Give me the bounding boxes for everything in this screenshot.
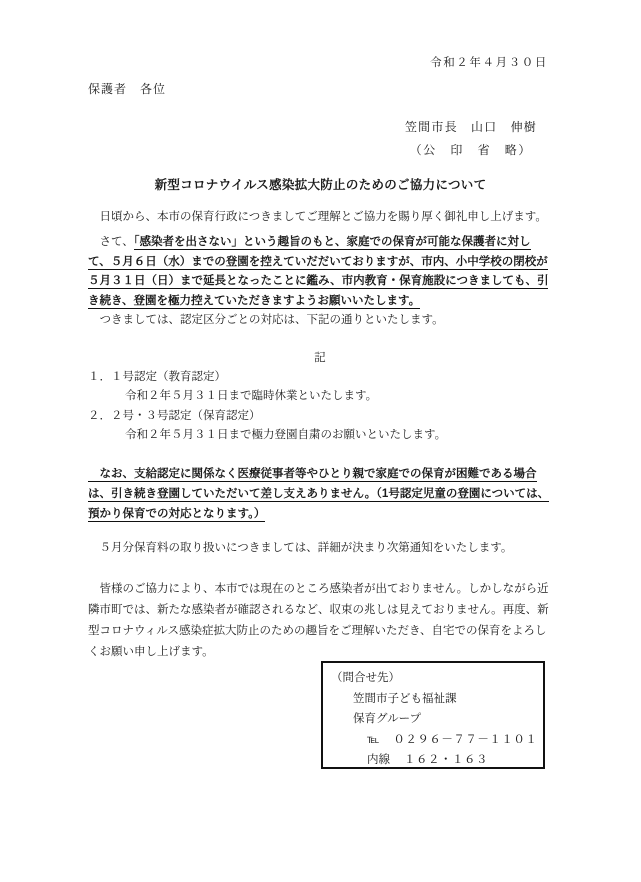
emphasis-text: 「感染者を出さない」という趣旨のもと、家庭での保育が可能な保護者に対し: [134, 236, 531, 250]
note-line: 預かり保育での対応となります。）: [88, 504, 558, 524]
paragraph-line: つきましては、認定区分ごとの対応は、下記の通りといたします。: [88, 311, 558, 330]
intro-paragraph: 日頃から、本市の保育行政につきましてご理解とご協力を賜り厚く御礼申し上げます。: [88, 208, 558, 227]
contact-phone: ℡０２９６－７７－１１０１: [323, 730, 543, 751]
list-item-detail: 令和２年５月３１日まで臨時休業といたします。: [88, 387, 558, 406]
emphasis-text: ５月３１日（日）まで延長となったことに鑑み、市内教育・保育施設につきましても、引: [88, 275, 548, 289]
sender-name: 笠間市長 山口 伸樹: [405, 118, 537, 135]
paragraph-line: さて、「感染者を出さない」という趣旨のもと、家庭での保育が可能な保護者に対し: [88, 233, 558, 253]
contact-group: 保育グループ: [323, 709, 543, 730]
paragraph-line: 型コロナウィルス感染症拡大防止のための趣旨をご理解いただき、自宅での保育をよろし: [88, 621, 558, 642]
phone-number: ０２９６－７７－１１０１: [393, 734, 537, 746]
closing-paragraph: 皆様のご協力により、本市では現在のところ感染者が出ておりません。しかしながら近 …: [88, 579, 558, 663]
document-page: 令和２年４月３０日 保護者 各位 笠間市長 山口 伸樹 （公 印 省 略） 新型…: [0, 0, 641, 882]
paragraph-line: て、５月６日（水）までの登園を控えていだだいておりますが、市内、小中学校の閉校が: [88, 253, 558, 273]
request-paragraph: さて、「感染者を出さない」という趣旨のもと、家庭での保育が可能な保護者に対し て…: [88, 233, 558, 311]
seal-note: （公 印 省 略）: [410, 141, 532, 158]
tel-symbol: ℡: [367, 734, 379, 746]
list-item-detail: 令和２年５月３１日まで極力登園自粛のお願いといたします。: [88, 426, 558, 445]
emphasis-text: なお、支給認定に関係なく医療従事者等やひとり親で家庭での保育が困難である場合: [88, 468, 537, 482]
note-line: なお、支給認定に関係なく医療従事者等やひとり親で家庭での保育が困難である場合: [88, 464, 558, 484]
emphasis-text: き続き、登園を極力控えていただきますようお願いいたします。: [88, 295, 420, 309]
paragraph-line: 隣市町では、新たな感染者が確認されるなど、収束の兆しは見えておりません。再度、新: [88, 600, 558, 621]
emphasis-text: は、引き続き登園していただいて差し支えありません。（1号認定児童の登園については…: [88, 488, 549, 502]
contact-label: （問合せ先）: [323, 668, 543, 689]
date-line: 令和２年４月３０日: [430, 54, 548, 70]
contact-box: （問合せ先） 笠間市子ども福祉課 保育グループ ℡０２９６－７７－１１０１ 内線…: [321, 661, 545, 769]
paragraph-line: ５月３１日（日）まで延長となったことに鑑み、市内教育・保育施設につきましても、引: [88, 272, 558, 292]
list-item: １．１号認定（教育認定）: [88, 368, 558, 387]
paragraph-line: き続き、登園を極力控えていただきますようお願いいたします。: [88, 292, 558, 312]
ki-heading: 記: [0, 349, 641, 365]
extension-label: 内線: [367, 754, 390, 766]
paragraph-line: ５月分保育料の取り扱いにつきましては、詳細が決まり次第通知をいたします。: [88, 539, 558, 558]
paragraph-line: くお願い申し上げます。: [88, 642, 558, 663]
recipient: 保護者 各位: [88, 80, 166, 97]
paragraph-line: 皆様のご協力により、本市では現在のところ感染者が出ておりません。しかしながら近: [88, 579, 558, 600]
note-line: は、引き続き登園していただいて差し支えありません。（1号認定児童の登園については…: [88, 484, 558, 504]
emphasis-text: て、５月６日（水）までの登園を控えていだだいておりますが、市内、小中学校の閉校が: [88, 256, 548, 270]
classification-list: １．１号認定（教育認定） 令和２年５月３１日まで臨時休業といたします。 ２．２号…: [88, 368, 558, 445]
doc-title: 新型コロナウイルス感染拡大防止のためのご協力について: [0, 175, 641, 193]
contact-extension: 内線１６２・１６３: [323, 750, 543, 771]
fee-paragraph: ５月分保育料の取り扱いにつきましては、詳細が決まり次第通知をいたします。: [88, 539, 558, 558]
exception-note: なお、支給認定に関係なく医療従事者等やひとり親で家庭での保育が困難である場合 は…: [88, 464, 558, 524]
paragraph-line: 日頃から、本市の保育行政につきましてご理解とご協力を賜り厚く御礼申し上げます。: [88, 208, 558, 227]
emphasis-text: 預かり保育での対応となります。）: [88, 508, 265, 522]
paragraph-text: さて、: [88, 236, 134, 248]
extension-number: １６２・１６３: [404, 754, 488, 766]
list-item: ２．２号・３号認定（保育認定）: [88, 407, 558, 426]
followup-paragraph: つきましては、認定区分ごとの対応は、下記の通りといたします。: [88, 311, 558, 330]
contact-department: 笠間市子ども福祉課: [323, 689, 543, 710]
